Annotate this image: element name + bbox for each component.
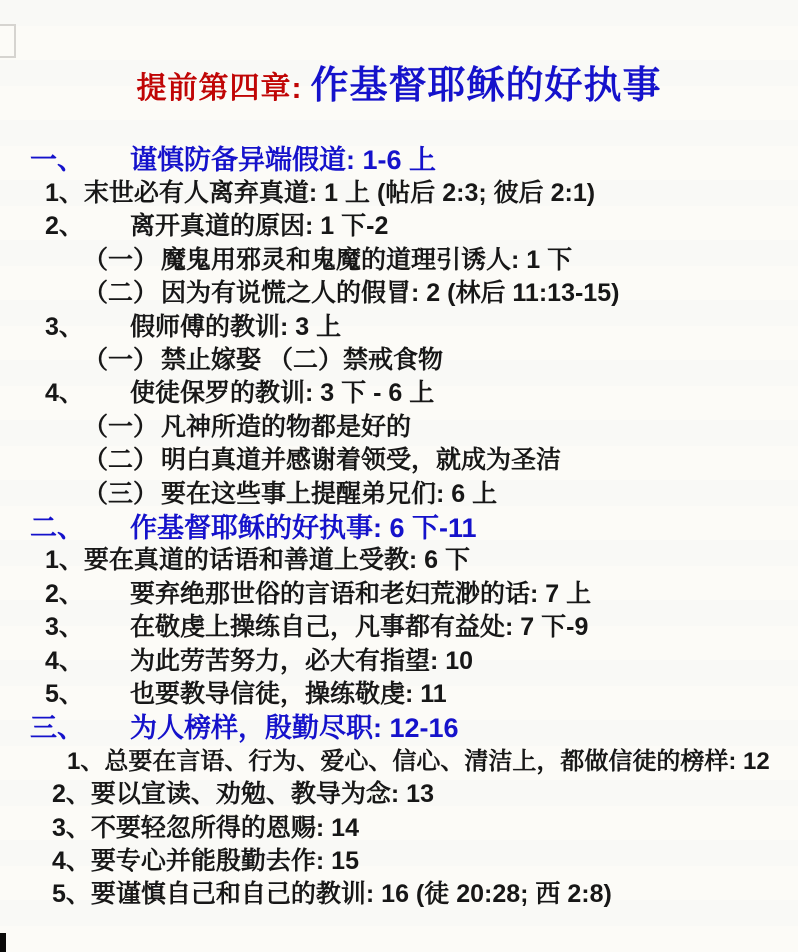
list-marker: 3、: [52, 808, 91, 844]
outline-item: 2、要弃绝那世俗的言语和老妇荒渺的话: 7 上: [30, 575, 790, 608]
list-marker: （二）: [83, 273, 158, 309]
outline-item: 5、要谨慎自己和自己的教训: 16 (徒 20:28; 西 2:8): [30, 876, 790, 909]
outline-text: 离开真道的原因: 1 下-2: [130, 206, 388, 242]
list-marker: 3、: [45, 307, 130, 343]
outline-text: 凡神所造的物都是好的: [161, 407, 411, 443]
list-marker: 2、: [52, 774, 91, 810]
outline-item: （三）要在这些事上提醒弟兄们: 6 上: [30, 475, 790, 508]
outline-list: 一、谨慎防备异端假道: 1-6 上1、末世必有人离弃真道: 1 上 (帖后 2:…: [30, 141, 790, 909]
page-title: 提前第四章:作基督耶稣的好执事: [0, 54, 798, 109]
outline-text: 要专心并能殷勤去作: 15: [91, 841, 359, 877]
list-marker: 5、: [45, 674, 130, 710]
list-marker: 2、: [45, 574, 130, 610]
outline-item: 4、要专心并能殷勤去作: 15: [30, 842, 790, 875]
outline-text: 魔鬼用邪灵和鬼魔的道理引诱人: 1 下: [161, 240, 572, 276]
outline-text: 使徒保罗的教训: 3 下 - 6 上: [130, 373, 434, 409]
outline-item: （二）因为有说慌之人的假冒: 2 (林后 11:13-15): [30, 275, 790, 308]
outline-text: 要谨慎自己和自己的教训: 16 (徒 20:28; 西 2:8): [91, 874, 612, 910]
outline-text: 要在这些事上提醒弟兄们: 6 上: [161, 474, 497, 510]
list-marker: 二、: [30, 506, 130, 545]
outline-text: 总要在言语、行为、爱心、信心、清洁上，都做信徒的榜样: 12: [104, 741, 769, 776]
outline-item: 3、假师傅的教训: 3 上: [30, 308, 790, 341]
list-marker: 2、: [45, 206, 130, 242]
outline-text: 禁止嫁娶 （二）禁戒食物: [161, 340, 443, 376]
list-marker: 4、: [45, 641, 130, 677]
list-marker: 4、: [52, 841, 91, 877]
outline-section-heading: 二、作基督耶稣的好执事: 6 下-11: [30, 508, 790, 541]
list-marker: （三）: [83, 474, 158, 510]
list-marker: 1、: [45, 173, 84, 209]
outline-section-heading: 三、为人榜样，殷勤尽职: 12-16: [30, 709, 790, 742]
list-marker: 三、: [30, 706, 130, 745]
outline-item: 4、为此劳苦努力，必大有指望: 10: [30, 642, 790, 675]
outline-item: 1、总要在言语、行为、爱心、信心、清洁上，都做信徒的榜样: 12: [30, 742, 790, 775]
outline-text: 作基督耶稣的好执事: 6 下-11: [130, 506, 477, 545]
outline-text: 要弃绝那世俗的言语和老妇荒渺的话: 7 上: [130, 574, 591, 610]
list-marker: （一）: [83, 340, 158, 376]
outline-text: 要以宣读、劝勉、教导为念: 13: [91, 774, 434, 810]
list-marker: 1、: [67, 741, 104, 776]
outline-item: （二）明白真道并感谢着领受，就成为圣洁: [30, 442, 790, 475]
list-marker: 4、: [45, 373, 130, 409]
outline-text: 在敬虔上操练自己，凡事都有益处: 7 下-9: [130, 607, 588, 643]
outline-section-heading: 一、谨慎防备异端假道: 1-6 上: [30, 141, 790, 174]
list-marker: 5、: [52, 874, 91, 910]
outline-item: 2、离开真道的原因: 1 下-2: [30, 208, 790, 241]
outline-item: 1、末世必有人离弃真道: 1 上 (帖后 2:3; 彼后 2:1): [30, 174, 790, 207]
list-marker: （一）: [83, 240, 158, 276]
list-marker: 1、: [45, 540, 84, 576]
list-marker: 3、: [45, 607, 130, 643]
outline-text: 也要教导信徒，操练敬虔: 11: [130, 674, 447, 710]
outline-item: 5、也要教导信徒，操练敬虔: 11: [30, 675, 790, 708]
outline-text: 不要轻忽所得的恩赐: 14: [91, 808, 359, 844]
outline-text: 因为有说慌之人的假冒: 2 (林后 11:13-15): [161, 273, 619, 309]
outline-item: 4、使徒保罗的教训: 3 下 - 6 上: [30, 375, 790, 408]
list-marker: （二）: [83, 440, 158, 476]
outline-item: 3、不要轻忽所得的恩赐: 14: [30, 809, 790, 842]
outline-item: （一）魔鬼用邪灵和鬼魔的道理引诱人: 1 下: [30, 241, 790, 274]
list-marker: （一）: [83, 407, 158, 443]
title-chapter-label: 提前第四章:: [136, 72, 302, 105]
list-marker: 一、: [30, 138, 130, 177]
outline-text: 要在真道的话语和善道上受教: 6 下: [84, 540, 470, 576]
outline-item: 2、要以宣读、劝勉、教导为念: 13: [30, 775, 790, 808]
outline-text: 谨慎防备异端假道: 1-6 上: [130, 138, 436, 177]
outline-item: （一）禁止嫁娶 （二）禁戒食物: [30, 341, 790, 374]
outline-text: 末世必有人离弃真道: 1 上 (帖后 2:3; 彼后 2:1): [84, 173, 595, 209]
outline-text: 为此劳苦努力，必大有指望: 10: [130, 641, 473, 677]
outline-text: 假师傅的教训: 3 上: [130, 307, 341, 343]
scan-artifact-top-left-box: [0, 24, 16, 58]
scan-artifact-bottom-left-bar: [0, 933, 6, 952]
outline-item: 1、要在真道的话语和善道上受教: 6 下: [30, 542, 790, 575]
title-main-label: 作基督耶稣的好执事: [310, 65, 661, 107]
outline-text: 明白真道并感谢着领受，就成为圣洁: [161, 440, 561, 476]
outline-text: 为人榜样，殷勤尽职: 12-16: [130, 706, 459, 745]
outline-item: 3、在敬虔上操练自己，凡事都有益处: 7 下-9: [30, 608, 790, 641]
outline-item: （一）凡神所造的物都是好的: [30, 408, 790, 441]
